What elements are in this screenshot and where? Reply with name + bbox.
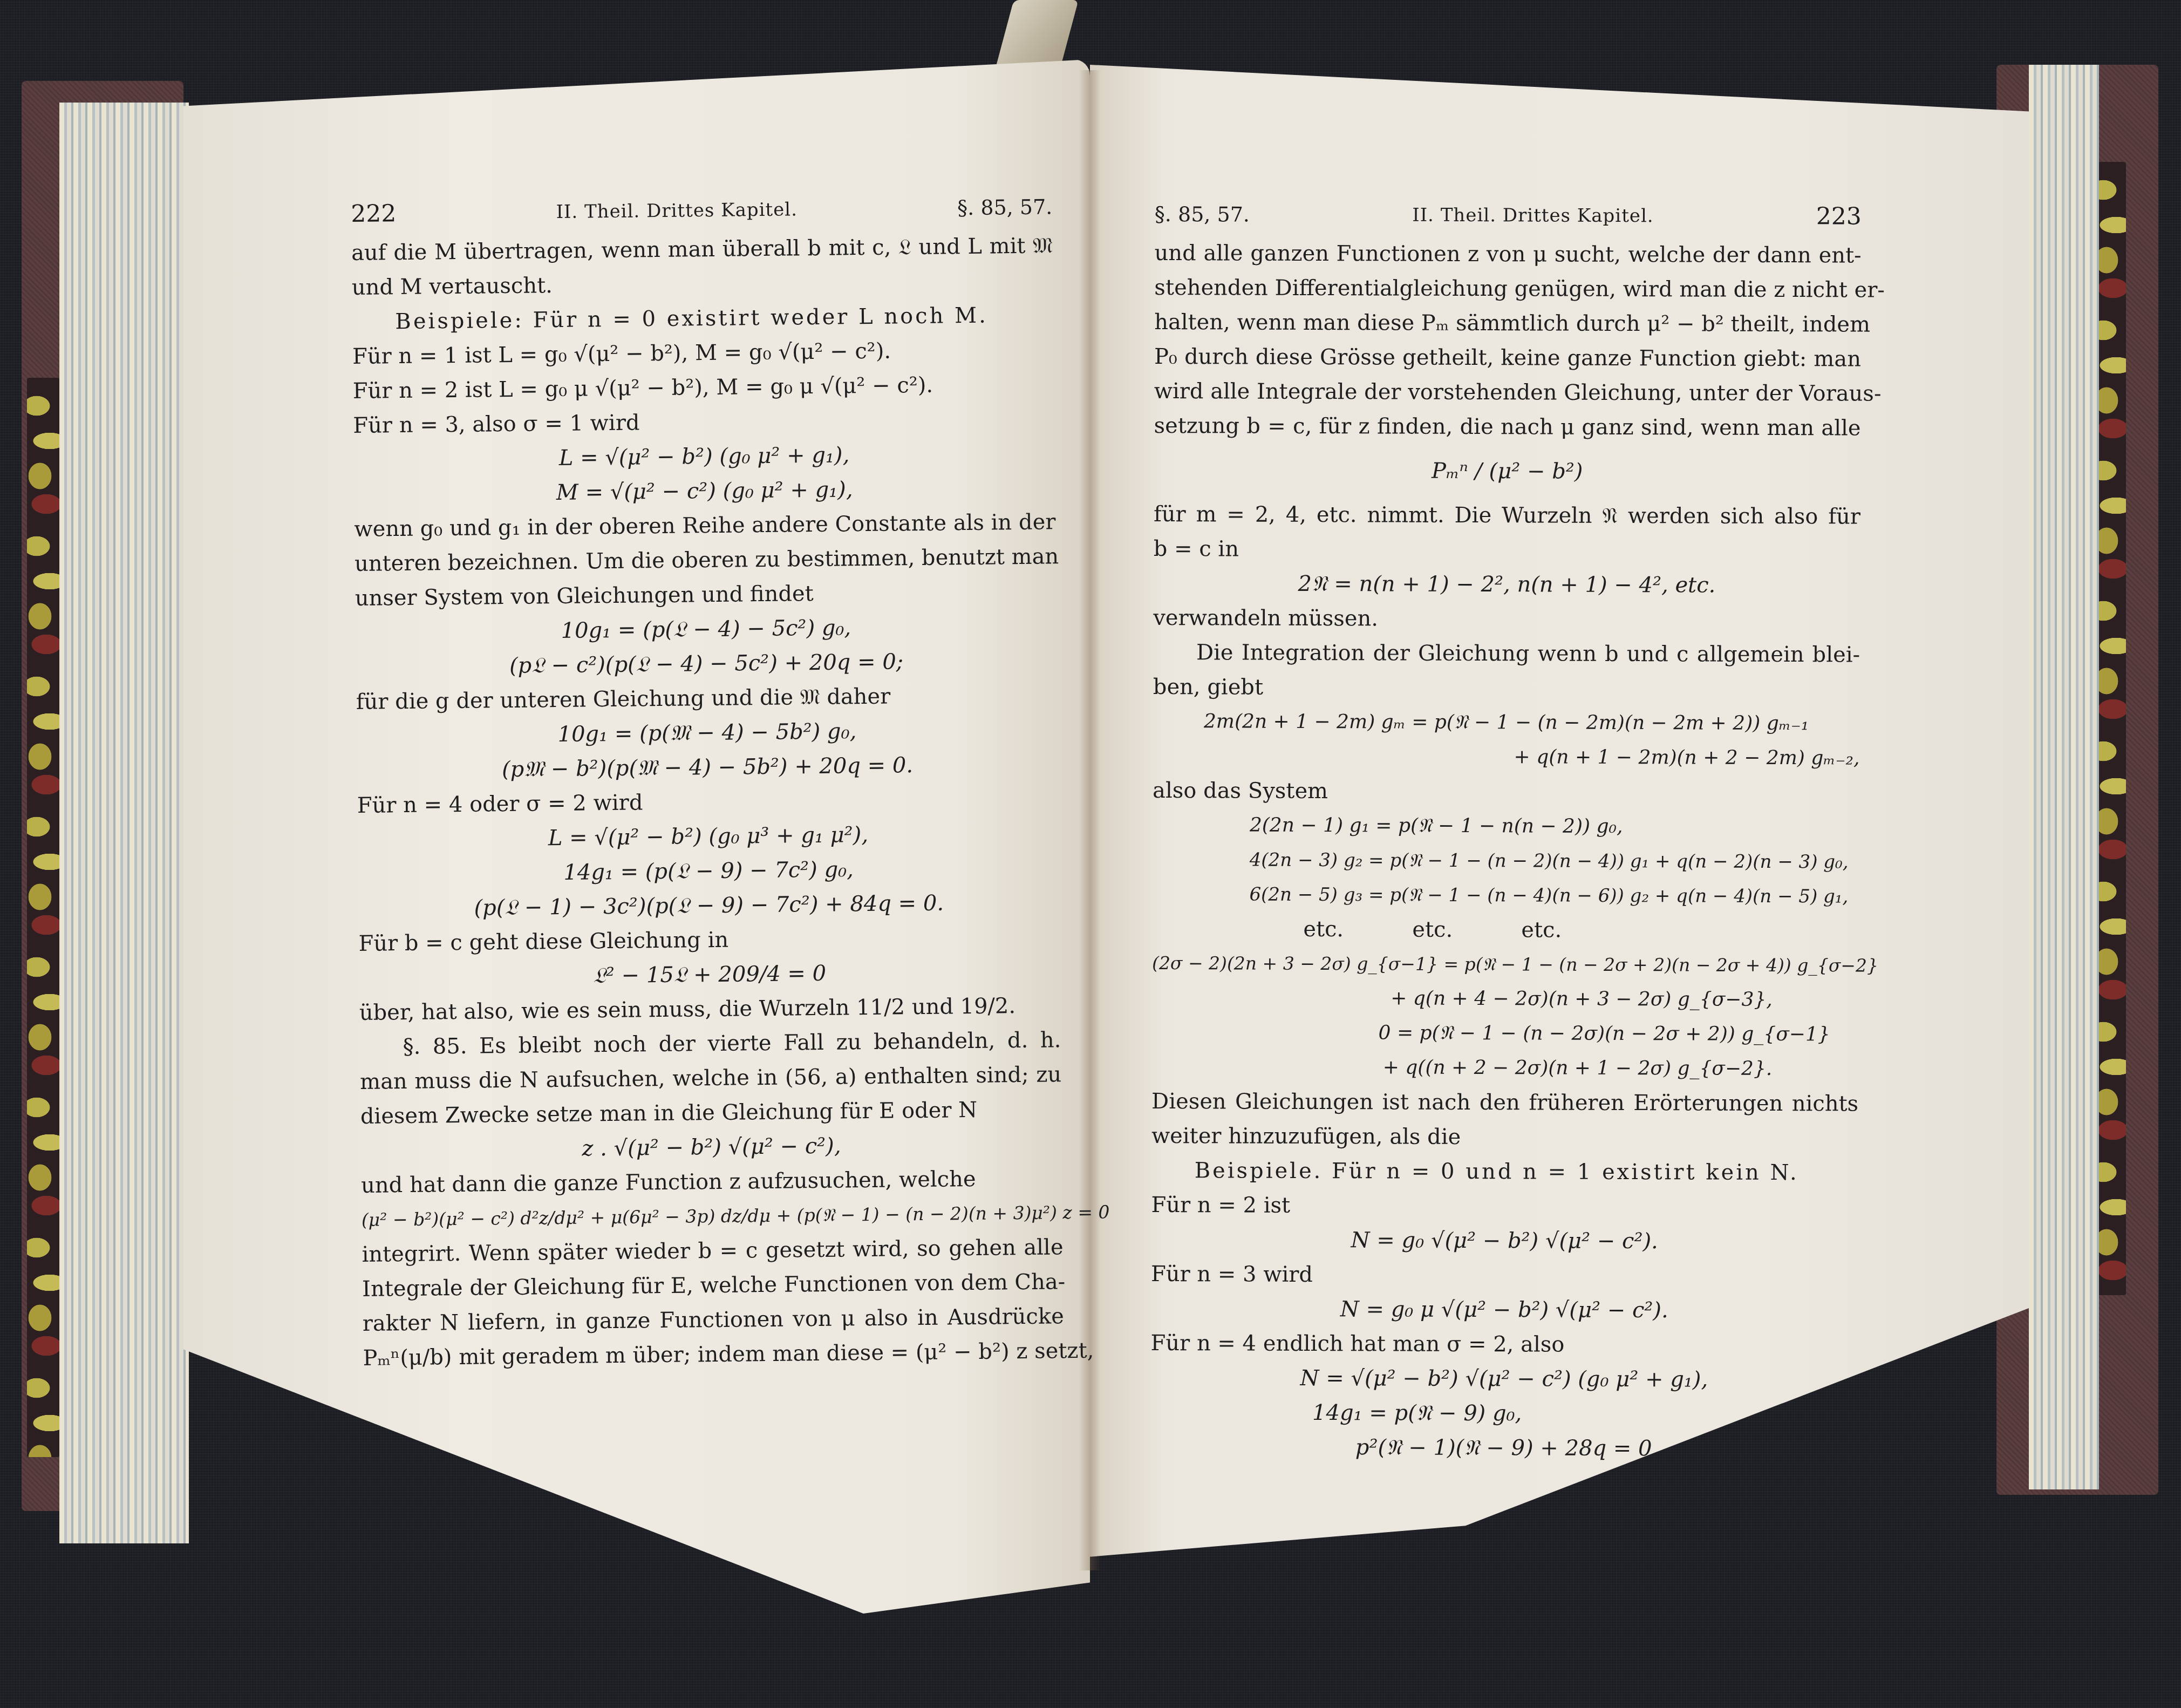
equation: N = g₀ √(μ² − b²) √(μ² − c²). xyxy=(1151,1222,1858,1260)
text-line: und alle ganzen Functionen z von μ sucht… xyxy=(1155,236,1862,273)
system-equation: 0 = p(𝔑 − 1 − (n − 2σ)(n − 2σ + 2)) g_{σ… xyxy=(1151,1015,1858,1052)
right-page-text: §. 85, 57. II. Theil. Drittes Kapitel. 2… xyxy=(1150,197,1862,1467)
running-head: II. Theil. Drittes Kapitel. xyxy=(556,192,798,229)
equation: N = √(μ² − b²) √(μ² − c²) (g₀ μ² + g₁), xyxy=(1150,1360,1857,1398)
fraction-equation: Pₘⁿ / (μ² − b²) xyxy=(1154,443,1860,500)
page-number: 222 xyxy=(351,196,397,232)
text-line: Beispiele: Für n = 0 existirt weder L no… xyxy=(352,297,1054,339)
text-line: Diesen Gleichungen ist nach den früheren… xyxy=(1151,1084,1858,1121)
text-line: Beispiele. Für n = 0 und n = 1 existirt … xyxy=(1151,1153,1858,1190)
text-line: Für n = 4 endlich hat man σ = 2, also xyxy=(1150,1326,1857,1363)
text-line: P₀ durch diese Grösse getheilt, keine ga… xyxy=(1154,339,1861,377)
system-equation: 6(2n − 5) g₃ = p(𝔑 − 1 − (n − 4)(n − 6))… xyxy=(1152,877,1859,914)
text-line: verwandeln müssen. xyxy=(1153,601,1860,638)
text-line: ben, giebt xyxy=(1153,670,1860,707)
running-head: II. Theil. Drittes Kapitel. xyxy=(1412,198,1654,234)
right-running-header: §. 85, 57. II. Theil. Drittes Kapitel. 2… xyxy=(1155,197,1862,234)
equation-continuation: + q(n + 4 − 2σ)(n + 3 − 2σ) g_{σ−3}, xyxy=(1152,981,1859,1018)
page-edges-right xyxy=(2029,65,2099,1489)
text-line: Für n = 2 ist xyxy=(1151,1188,1858,1225)
equation: p²(𝔑 − 1)(𝔑 − 9) + 28q = 0. xyxy=(1150,1430,1857,1467)
text-line: Pₘⁿ(μ/b) mit geradem m über; indem man d… xyxy=(363,1333,1065,1376)
equation: N = g₀ μ √(μ² − b²) √(μ² − c²). xyxy=(1151,1291,1858,1329)
system-equation: 2(2n − 1) g₁ = p(𝔑 − 1 − n(n − 2)) g₀, xyxy=(1153,808,1859,845)
equation-continuation: + q(n + 1 − 2m)(n + 2 − 2m) gₘ₋₂, xyxy=(1153,739,1859,776)
page-edges-left xyxy=(59,103,189,1543)
equation-continuation: + q((n + 2 − 2σ)(n + 1 − 2σ) g_{σ−2}. xyxy=(1151,1050,1858,1087)
marbled-board-left xyxy=(27,378,59,1457)
equation: 14g₁ = p(𝔑 − 9) g₀, xyxy=(1150,1395,1857,1432)
text-line: stehenden Differentialgleichung genügen,… xyxy=(1154,270,1861,308)
text-line: b = c in xyxy=(1154,532,1860,569)
text-line: halten, wenn man diese Pₘ sämmtlich durc… xyxy=(1154,305,1861,342)
text-line: auf die M übertragen, wenn man überall b… xyxy=(351,228,1053,270)
text-line: setzung b = c, für z finden, die nach μ … xyxy=(1154,409,1860,446)
etc-row: etc. etc. etc. xyxy=(1152,911,1859,949)
text-line: also das System xyxy=(1153,773,1859,811)
text-line: unteren bezeichnen. Um die oberen zu bes… xyxy=(355,539,1057,581)
page-number: 223 xyxy=(1816,199,1862,234)
text-line: weiter hinzuzufügen, als die xyxy=(1151,1119,1858,1156)
left-page-text: 222 II. Theil. Drittes Kapitel. §. 85, 5… xyxy=(351,189,1065,1375)
system-equation: (2σ − 2)(2n + 3 − 2σ) g_{σ−1} = p(𝔑 − 1 … xyxy=(1152,946,1859,983)
text-line: Für n = 3 wird xyxy=(1151,1257,1858,1294)
text-line: wird alle Integrale der vorstehenden Gle… xyxy=(1154,374,1861,411)
section-reference: §. 85, 57. xyxy=(1155,197,1250,232)
text-line: Die Integration der Gleichung wenn b und… xyxy=(1153,635,1860,672)
section-reference: §. 85, 57. xyxy=(957,189,1053,225)
recursion-equation: 2m(2n + 1 − 2m) gₘ = p(𝔑 − 1 − (n − 2m)(… xyxy=(1153,704,1859,741)
system-equation: 4(2n − 3) g₂ = p(𝔑 − 1 − (n − 2)(n − 4))… xyxy=(1153,842,1859,880)
text-line: für m = 2, 4, etc. nimmt. Die Wurzeln 𝔑 … xyxy=(1154,497,1860,534)
text-line: diesem Zwecke setze man in die Gleichung… xyxy=(360,1092,1062,1134)
equation: 2𝔑 = n(n + 1) − 2², n(n + 1) − 4², etc. xyxy=(1153,566,1860,603)
left-running-header: 222 II. Theil. Drittes Kapitel. §. 85, 5… xyxy=(351,189,1053,232)
